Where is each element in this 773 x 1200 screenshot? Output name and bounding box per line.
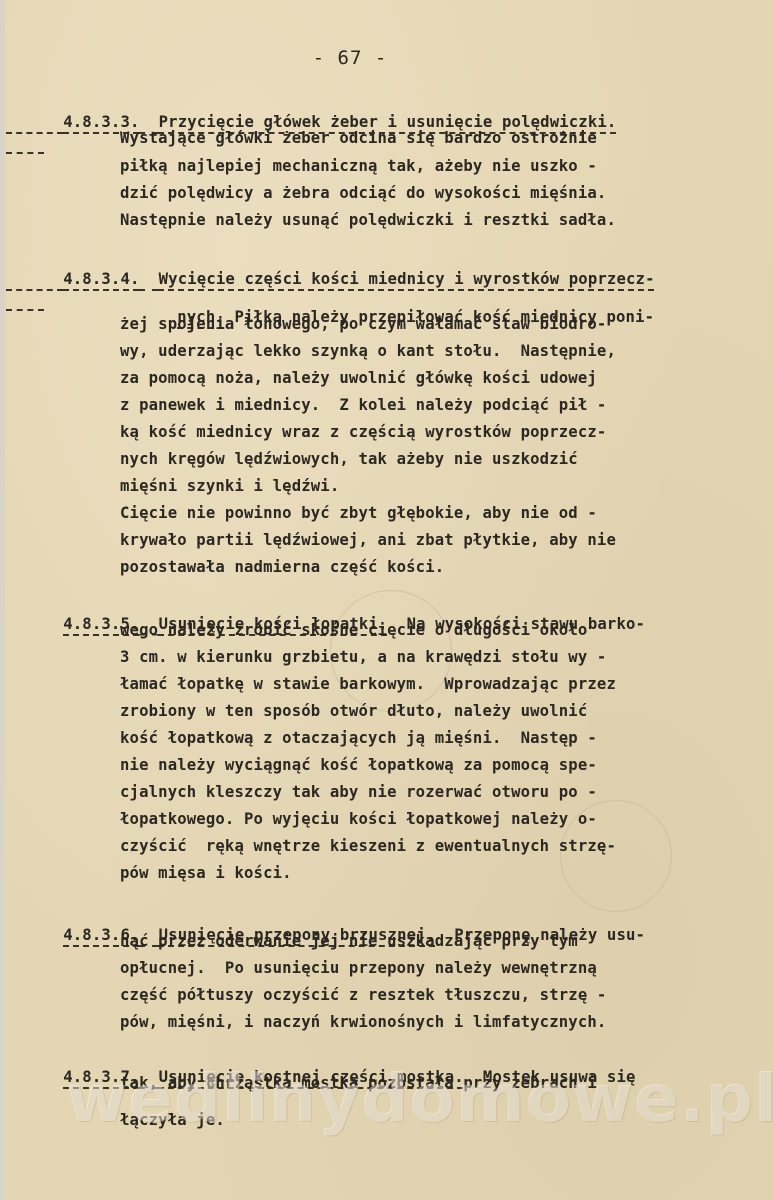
body-line: Wystające główki żeber odcina się bardzo… xyxy=(120,128,597,148)
body-line: pozostawała nadmierna część kości. xyxy=(120,557,444,577)
body-line: nąć przez oderwanie jej nie uszkadzając … xyxy=(120,931,578,951)
body-line: mięśni szynki i lędźwi. xyxy=(120,476,339,496)
section-number: 4.8.3.4. xyxy=(63,270,139,288)
body-line: pów, mięśni, i naczyń krwionośnych i lim… xyxy=(120,1012,606,1032)
document-page: - 67 - 4.8.3.3. Przycięcie główek żeber … xyxy=(0,0,773,1200)
body-line: nych kręgów lędźwiowych, tak ażeby nie u… xyxy=(120,449,578,469)
body-line: ką kość miednicy wraz z częścią wyrostkó… xyxy=(120,422,606,442)
body-line: łączyła je. xyxy=(120,1110,225,1130)
body-line: łamać łopatkę w stawie barkowym. Wprowad… xyxy=(120,674,616,694)
page-number: - 67 - xyxy=(0,47,700,69)
body-line: z panewek i miednicy. Z kolei należy pod… xyxy=(120,395,606,415)
body-line: Cięcie nie powinno być zbyt głębokie, ab… xyxy=(120,503,597,523)
body-line: czyścić ręką wnętrze kieszeni z ewentual… xyxy=(120,836,616,856)
body-line: za pomocą noża, należy uwolnić główkę ko… xyxy=(120,368,597,388)
body-line: krywało partii lędźwiowej, ani zbat płyt… xyxy=(120,530,616,550)
body-line: cjalnych kleszczy tak aby nie rozerwać o… xyxy=(120,782,597,802)
body-line: wy, uderzając lekko szynką o kant stołu.… xyxy=(120,341,616,361)
body-line: 3 cm. w kierunku grzbietu, a na krawędzi… xyxy=(120,647,606,667)
body-line: część półtuszy oczyścić z resztek tłuszc… xyxy=(120,985,606,1005)
body-line: żej spojenia łonowego, po czym wałamać s… xyxy=(120,314,606,334)
body-line: opłucnej. Po usunięciu przepony należy w… xyxy=(120,958,597,978)
body-line: kość łopatkową z otaczających ją mięśni.… xyxy=(120,728,597,748)
body-line: zrobiony w ten sposób otwór dłuto, należ… xyxy=(120,701,587,721)
body-line: tak, aby chrząstka mostka pozostała przy… xyxy=(120,1073,597,1093)
body-line: piłką najlepiej mechaniczną tak, ażeby n… xyxy=(120,156,597,176)
body-line: pów mięsa i kości. xyxy=(120,863,292,883)
section-title: Wycięcie części kości miednicy i wyrostk… xyxy=(159,270,655,288)
scan-left-edge xyxy=(0,0,5,1200)
body-line: nie należy wyciągnąć kość łopatkową za p… xyxy=(120,755,597,775)
body-line: wego należy zrobić skośne cięcie o długo… xyxy=(120,620,587,640)
body-line: dzić polędwicy a żebra odciąć do wysokoś… xyxy=(120,183,606,203)
body-line: Następnie należy usunąć polędwiczki i re… xyxy=(120,210,616,230)
body-line: łopatkowego. Po wyjęciu kości łopatkowej… xyxy=(120,809,597,829)
